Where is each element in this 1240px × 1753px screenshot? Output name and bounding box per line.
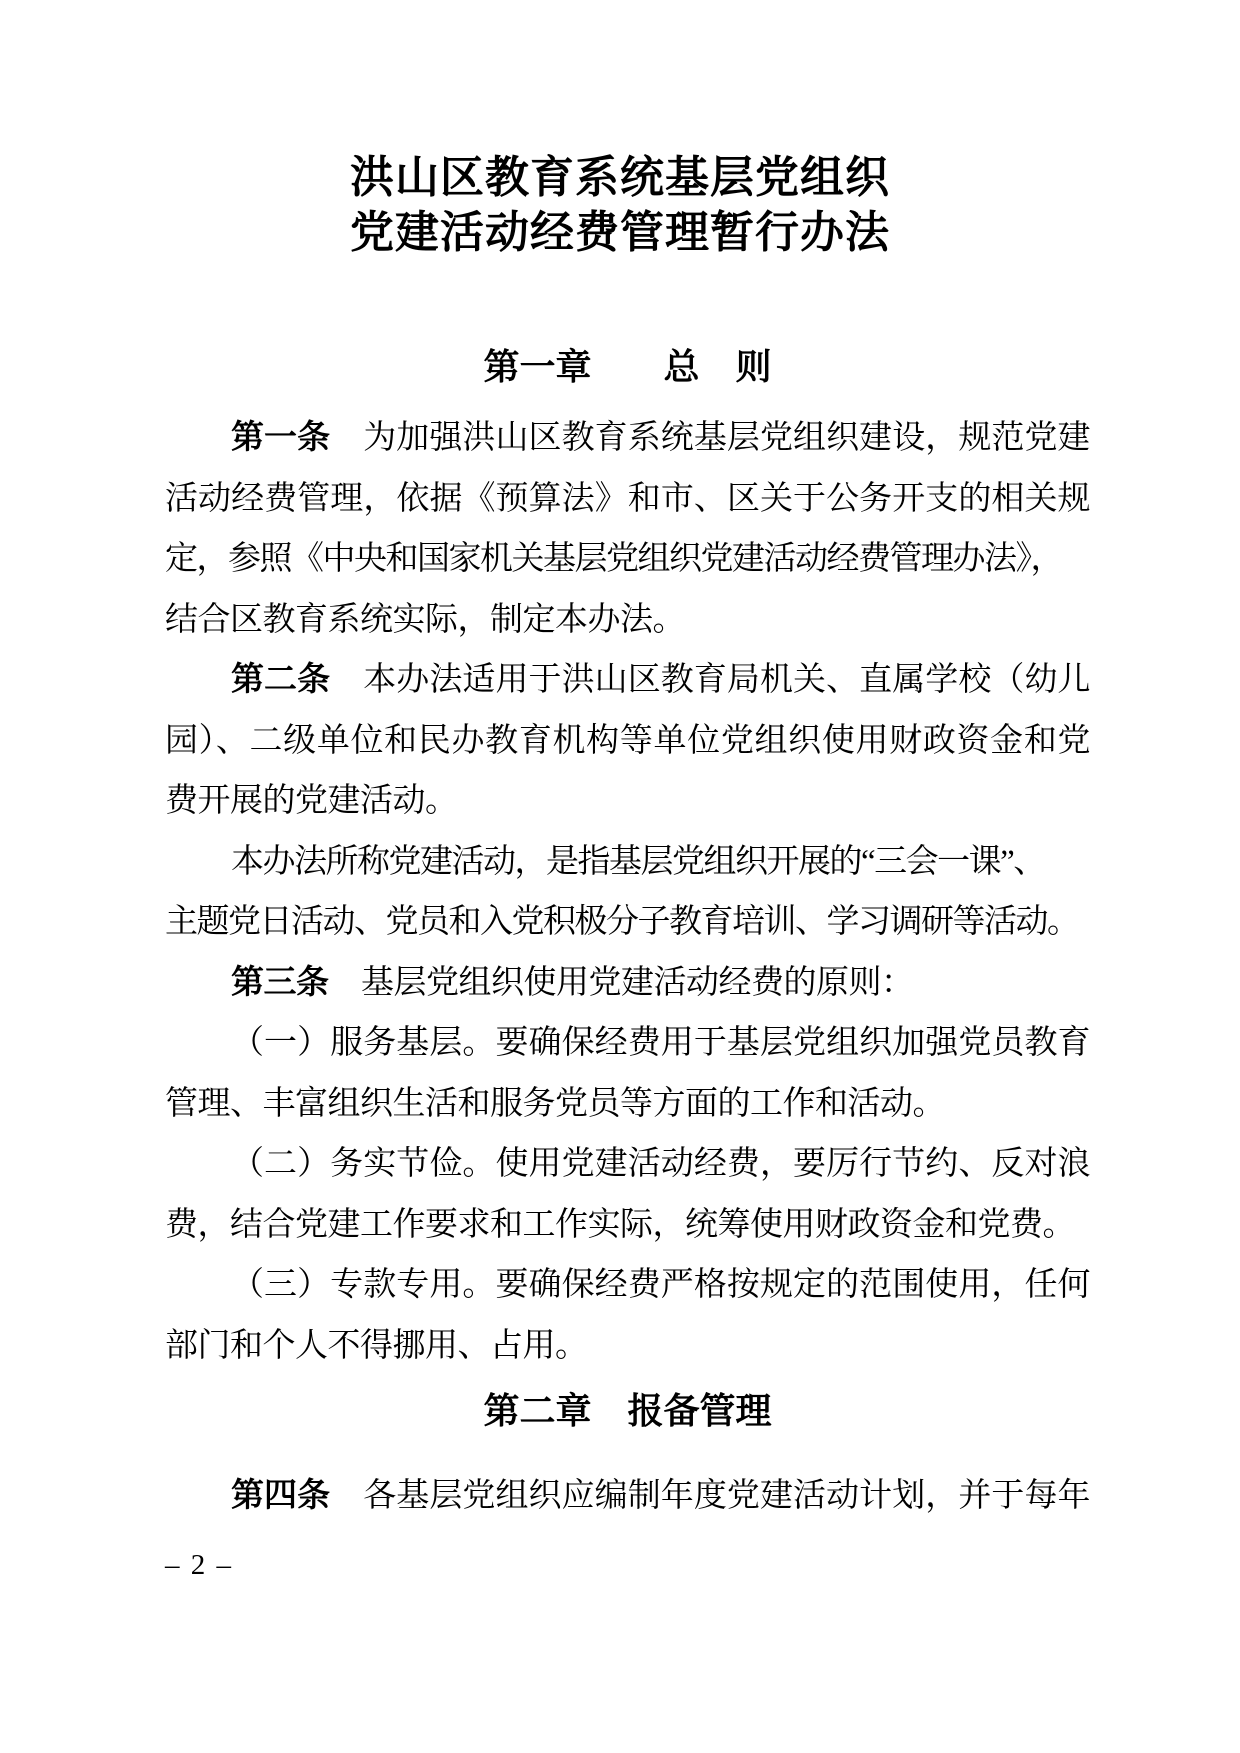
chapter-2-heading: 第二章 报备管理 xyxy=(165,1388,1090,1434)
text-line: 第二条 本办法适用于洪山区教育局机关、直属学校（幼儿 xyxy=(165,650,1090,711)
chapter-1-heading: 第一章 总 则 xyxy=(165,344,1090,390)
article-number-label: 第三条 xyxy=(231,965,329,1001)
text-line: （一）服务基层。要确保经费用于基层党组织加强党员教育 xyxy=(165,1013,1090,1074)
article-number-label: 第二条 xyxy=(231,662,330,698)
text-line: 主题党日活动、党员和入党积极分子教育培训、学习调研等活动。 xyxy=(165,892,1090,953)
article-number-label: 第一条 xyxy=(231,420,330,456)
document-title-line-1: 洪山区教育系统基层党组织 xyxy=(0,150,1240,205)
document-page: { "document": { "title_lines": [ "洪山区教育系… xyxy=(0,0,1240,1753)
article-number-label: 第四条 xyxy=(231,1478,330,1514)
text-line: 本办法所称党建活动，是指基层党组织开展的“三会一课”、 xyxy=(165,832,1090,893)
text-line: （二）务实节俭。使用党建活动经费，要厉行节约、反对浪 xyxy=(165,1134,1090,1195)
text-line: 费开展的党建活动。 xyxy=(165,771,1090,832)
text-line: 第一条 为加强洪山区教育系统基层党组织建设，规范党建 xyxy=(165,408,1090,469)
text-line: 活动经费管理，依据《预算法》和市、区关于公务开支的相关规 xyxy=(165,469,1090,530)
text-line: 定，参照《中央和国家机关基层党组织党建活动经费管理办法》， xyxy=(165,529,1090,590)
text-line: 第三条 基层党组织使用党建活动经费的原则： xyxy=(165,953,1090,1014)
text-line: 第四条 各基层党组织应编制年度党建活动计划，并于每年 xyxy=(165,1466,1090,1527)
text-line: 园）、二级单位和民办教育机构等单位党组织使用财政资金和党 xyxy=(165,711,1090,772)
document-title: 洪山区教育系统基层党组织 党建活动经费管理暂行办法 xyxy=(0,150,1240,260)
text-line: （三）专款专用。要确保经费严格按规定的范围使用，任何 xyxy=(165,1255,1090,1316)
text-line: 管理、丰富组织生活和服务党员等方面的工作和活动。 xyxy=(165,1074,1090,1135)
text-line: 部门和个人不得挪用、占用。 xyxy=(165,1316,1090,1377)
document-title-line-2: 党建活动经费管理暂行办法 xyxy=(0,205,1240,260)
page-number: – 2 – xyxy=(165,1547,233,1583)
text-line: 费，结合党建工作要求和工作实际，统筹使用财政资金和党费。 xyxy=(165,1195,1090,1256)
document-body: 第一章 总 则第一条 为加强洪山区教育系统基层党组织建设，规范党建活动经费管理，… xyxy=(165,344,1090,1527)
text-line: 结合区教育系统实际，制定本办法。 xyxy=(165,590,1090,651)
